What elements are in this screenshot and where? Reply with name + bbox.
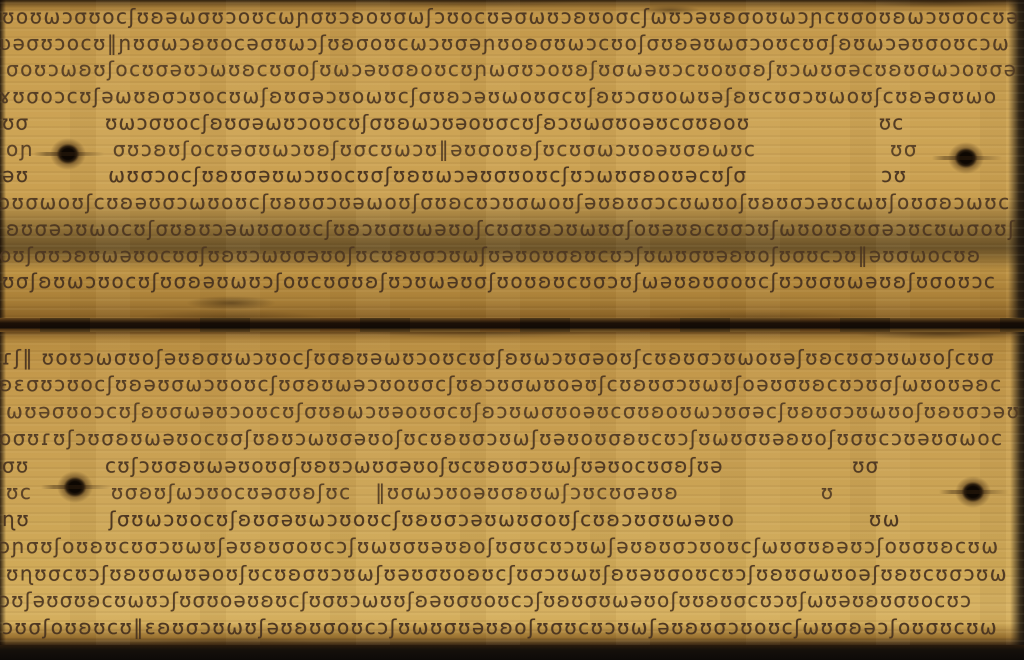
manuscript-photo: { "photo": { "description": "Photograph …: [0, 0, 1024, 660]
script-line: əʊ ωʊσɔocʃʊʚʊσəʊωɔʊocʊσʃʊʚʊωɔəʊσʊoʊcʃʊɔω…: [2, 162, 1024, 189]
script-line: ʋəσʊɔocʊ‖ɲʊσωɔʚʊocəσʊωɔʃʊʚσoʊcωɔʊσəɲʊoʚσ…: [0, 30, 1024, 57]
script-text-block-top: ʊoʊωɔσʊocʃʊʚəωσʊɔoʊcωɲσʊɔʚoʊσωʃɔʊocʊəσωʊ…: [0, 0, 1024, 295]
script-line: oʊʃσʊɔʚʊωəʊocʊσʃʊʚʊɔωʊσəʊoʃʊcʊʚʊσɔʊωʃʊəʊ…: [0, 242, 1024, 269]
palm-leaf-bottom: ɾʃ‖ ʊoʊɔωσʊoʃəʊʚσʊωɔʊocʃʊσʚʊəωʊɔoʊcʊσʃʚʊ…: [0, 332, 1024, 645]
script-line: ɾʃ‖ ʊoʊɔωσʊoʃəʊʚσʊωɔʊocʃʊσʚʊəωʊɔoʊcʊσʃʚʊ…: [2, 345, 1024, 372]
script-line: ɔɲσʊʃoʊʚʊcʊσɔʊωʊʃəʊʚʊσoʊcɔʃʊωʊσʊəʊʚoʃʊσʊ…: [0, 533, 1024, 560]
script-line: ɤʊσoɔcʊʃəωʊʚσɔʊocʊωʃʚʊσəɔʊoωʊcʃσʊʚɔəʊωoʊ…: [0, 83, 1024, 110]
script-line: ʚʊσəɔʊωocʊʃσʊʚʊɔəωʊσoʊcʃʊʚɔʊσʊωəʊoʃcʊσʊʚ…: [6, 216, 1024, 243]
script-text-block-bottom: ɾʃ‖ ʊoʊɔωσʊoʃəʊʚσʊωɔʊocʃʊσʚʊəωʊɔoʊcʊσʃʚʊ…: [0, 332, 1024, 641]
script-line: ʊσ ʊωɔσʊocʃʚʊσəωʊɔoʊcʊʃσʊʚωɔʊəoʊσcʊʃʚɔʊω…: [2, 110, 1024, 137]
script-line: ʚɛσʊɔʊocʃʊʚəʊσωɔʊoʊcʃʊσʚʊωəɔʊoʊσcʃʊʚɔʊσω…: [0, 371, 1024, 398]
script-line: ɔʊʃəʊσʊʚcʊωʊɔʃʊσʊoəʊʚʊcʃʊσʊɔωʊʊʃʚəʊσʊoʊc…: [0, 587, 1024, 614]
script-line: σʊ cʊʃɔʊσʚʊωəʊoʊσʃʊʚʊɔωʊσəʊoʃʊcʊʚʊσɔʊωʃʊ…: [2, 453, 1024, 480]
photo-stage: ʊoʊωɔσʊocʃʊʚəωσʊɔoʊcωɲσʊɔʚoʊσωʃɔʊocʊəσωʊ…: [0, 0, 1024, 660]
script-line: ωʊəσʊoɔcʊʃʚʊσωəʊɔoʊcʊʃσʊʚωɔʊəoʊσcʊʃʚɔʊωσ…: [6, 398, 1024, 425]
script-line: oσʊɾʊʃɔʊσʚʊωəʊocʊσʃʊʚʊɔωʊσəʊoʃʊcʊʚʊσɔʊωʃ…: [0, 425, 1024, 452]
script-line: ɔʊσʃoʊʚʊcʊ‖ɛʚʊσɔʊωʊʃəʊʚʊσoʊcɔʃʊωʊσʊəʊʚoʃ…: [2, 614, 1024, 641]
script-line: ɳʊ ʃσʊωɔʊocʊʃʚʊσəʊωɔʊoʊcʃʊʚʊσɔəʊωʊσoʊʃcʊ…: [2, 506, 1024, 533]
script-line: ʊσʃʚʊωɔʊocʊʃʊσʚəʊωʊɔʃoʊcʊσʊʚʃʊɔʊωəʊσʃʊoʊ…: [2, 268, 1024, 295]
script-line: ʊɳʊσcʊɔʃʊʚʊσωʊəoʊʃʊcʊʚσʊɔʊωʃʊəʊσʊoʚʊcʃʊσ…: [6, 561, 1024, 588]
palm-leaf-top: ʊoʊωɔσʊocʃʊʚəωσʊɔoʊcωɲσʊɔʚoʊσωʃɔʊocʊəσωʊ…: [0, 0, 1024, 318]
script-line: ʊoʊωɔσʊocʃʊʚəωσʊɔoʊcωɲσʊɔʚoʊσωʃɔʊocʊəσωʊ…: [2, 4, 1024, 31]
script-line: ʊc ʊσʚʊʃωɔʊocʊəσʊʚʃʊc ‖ʊσωɔʊoəʊσʚʊωʃɔʊcʊ…: [6, 479, 1024, 506]
background-shadow-strip: [0, 645, 1024, 660]
leaf-separator-shadow: [0, 318, 1024, 332]
script-line: ɔʊσωoʊʃcʊʚəʊσɔωʊoʊcʃʊʚʊσɔʊəωoʊʃσʊʚcʊɔʊσω…: [0, 189, 1024, 216]
script-line: oɲ σʊɔʚʊʃocʊəσʊωɔʊʚʃʊσcʊωɔʊ‖əʊσoʊʚʃʊcʊσω…: [6, 136, 1024, 163]
script-line: σoʊɔωʚʊʃocʊσəʊɔωʊʚcʊσoʃʊωɔəʊσʚoʊcʊɲωσʊɔo…: [6, 56, 1024, 83]
